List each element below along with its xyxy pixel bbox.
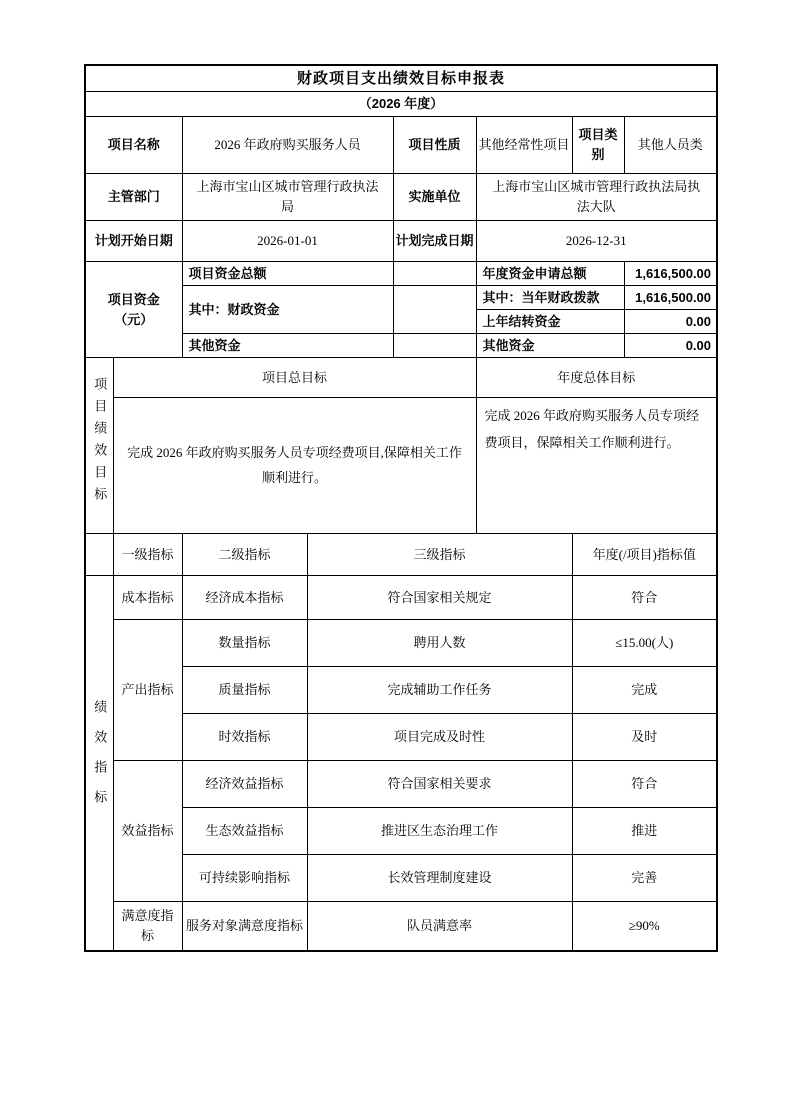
indicator-level2: 质量指标 [182,667,307,714]
start-date-value: 2026-01-01 [182,221,393,262]
indicator-level1: 效益指标 [113,761,182,902]
start-date-label: 计划开始日期 [85,221,182,262]
level1-header: 一级指标 [113,534,182,576]
form-year-subtitle: （2026 年度） [85,92,717,117]
indicator-level2: 数量指标 [182,620,307,667]
overall-goal-header: 项目总目标 [113,358,476,398]
indicator-value: 完善 [572,855,717,902]
funds-section-label: 项目资金 （元） [85,262,182,358]
funds-empty-cell-bottom [393,334,476,358]
implementing-unit-value: 上海市宝山区城市管理行政执法局执法大队 [476,174,717,221]
other-funds-label: 其他资金 [476,334,624,358]
annual-request-amount: 1,616,500.00 [624,262,717,286]
indicator-level3: 项目完成及时性 [307,714,572,761]
performance-goal-section-label: 项目绩效目标 [86,377,112,509]
funds-empty-cell-top [393,262,476,286]
indicator-level2: 可持续影响指标 [182,855,307,902]
indicator-value: ≥90% [572,902,717,951]
indicator-level3: 符合国家相关要求 [307,761,572,808]
current-year-appropriation-label: 其中：当年财政拨款 [476,286,624,310]
funds-total-label: 项目资金总额 [182,262,393,286]
supervisor-label: 主管部门 [85,174,182,221]
carryover-label: 上年结转资金 [476,310,624,334]
indicator-level2: 时效指标 [182,714,307,761]
performance-indicator-section-label: 绩效指标 [86,700,112,820]
performance-indicator-section-cell: 绩效指标 [85,576,113,951]
indicator-level3: 完成辅助工作任务 [307,667,572,714]
indicator-level3: 队员满意率 [307,902,572,951]
indicator-level2: 生态效益指标 [182,808,307,855]
annual-goal-text: 完成 2026 年政府购买服务人员专项经费项目，保障相关工作顺利进行。 [476,398,717,534]
document-page: 财政项目支出绩效目标申报表 （2026 年度） 项目名称 2026 年政府购买服… [0,0,794,1093]
other-funds-left-label: 其他资金 [182,334,393,358]
indicator-level2: 服务对象满意度指标 [182,902,307,951]
indicator-value: 完成 [572,667,717,714]
indicator-level3: 推进区生态治理工作 [307,808,572,855]
project-nature-value: 其他经常性项目 [476,117,572,174]
project-category-label: 项目类别 [572,117,624,174]
indicator-value-header: 年度(/项目)指标值 [572,534,717,576]
performance-goal-section-cell: 项目绩效目标 [85,358,113,534]
performance-target-declaration-table: 财政项目支出绩效目标申报表 （2026 年度） 项目名称 2026 年政府购买服… [84,64,718,952]
indicator-level1: 成本指标 [113,576,182,620]
indicator-level2: 经济成本指标 [182,576,307,620]
project-category-value: 其他人员类 [624,117,717,174]
carryover-amount: 0.00 [624,310,717,334]
project-nature-label: 项目性质 [393,117,476,174]
indicator-corner-cell [85,534,113,576]
indicator-level3: 符合国家相关规定 [307,576,572,620]
other-funds-amount: 0.00 [624,334,717,358]
annual-request-label: 年度资金申请总额 [476,262,624,286]
indicator-value: 推进 [572,808,717,855]
end-date-value: 2026-12-31 [476,221,717,262]
indicator-value: 符合 [572,576,717,620]
indicator-level3: 聘用人数 [307,620,572,667]
indicator-level3: 长效管理制度建设 [307,855,572,902]
level2-header: 二级指标 [182,534,307,576]
form-title: 财政项目支出绩效目标申报表 [85,65,717,92]
indicator-value: 符合 [572,761,717,808]
supervisor-value: 上海市宝山区城市管理行政执法局 [182,174,393,221]
indicator-level1: 满意度指标 [113,902,182,951]
annual-goal-header: 年度总体目标 [476,358,717,398]
funds-empty-cell-middle [393,286,476,334]
current-year-appropriation-amount: 1,616,500.00 [624,286,717,310]
fiscal-funds-label: 其中：财政资金 [182,286,393,334]
overall-goal-text: 完成 2026 年政府购买服务人员专项经费项目,保障相关工作顺利进行。 [113,398,476,534]
indicator-level1: 产出指标 [113,620,182,761]
end-date-label: 计划完成日期 [393,221,476,262]
project-name-label: 项目名称 [85,117,182,174]
implementing-unit-label: 实施单位 [393,174,476,221]
level3-header: 三级指标 [307,534,572,576]
indicator-value: ≤15.00(人) [572,620,717,667]
indicator-value: 及时 [572,714,717,761]
project-name-value: 2026 年政府购买服务人员 [182,117,393,174]
indicator-level2: 经济效益指标 [182,761,307,808]
